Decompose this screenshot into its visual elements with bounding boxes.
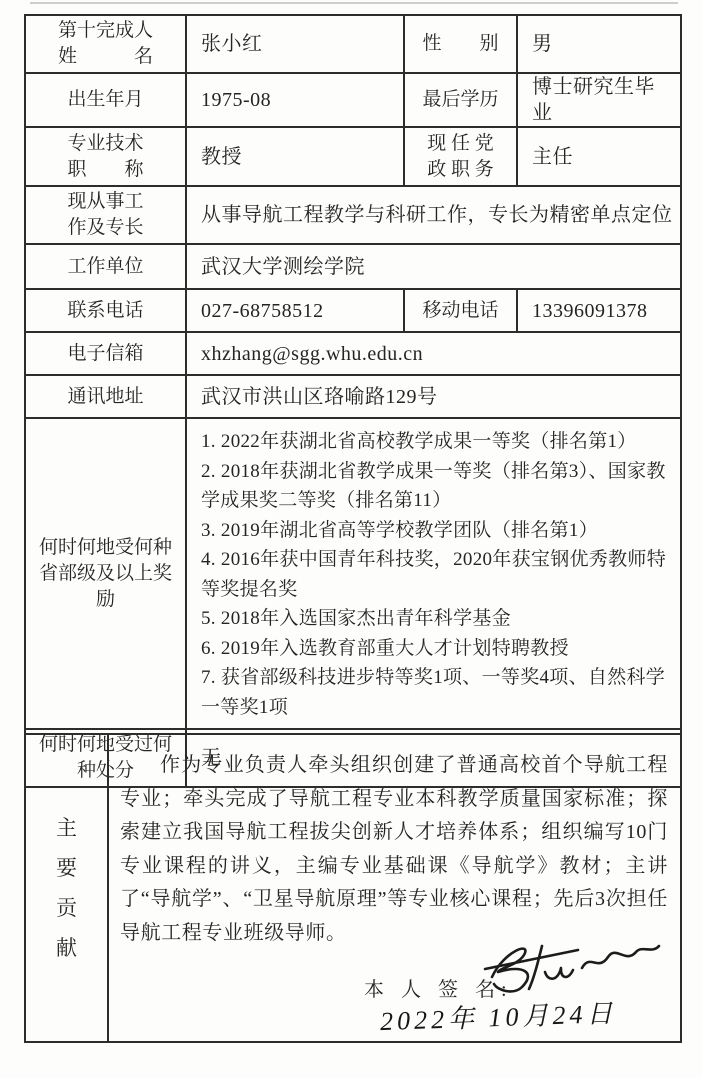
row-title-position: 专业技术 职 称 教授 现 任 党 政 职 务 主任 — [25, 127, 681, 186]
mobile-value: 13396091378 — [517, 289, 681, 332]
row-employer: 工作单位 武汉大学测绘学院 — [25, 244, 681, 289]
degree-value: 博士研究生毕业 — [517, 73, 681, 127]
contribution-label: 主 要 贡 献 — [25, 734, 108, 1042]
employer-value: 武汉大学测绘学院 — [186, 244, 681, 289]
awards-label: 何时何地受何种 省部级及以上奖 励 — [25, 418, 186, 729]
row-name-gender: 第十完成人 姓 名 张小红 性 别 男 — [25, 15, 681, 73]
row-current-work: 现从事工 作及专长 从事导航工程教学与科研工作，专长为精密单点定位 — [25, 186, 681, 244]
employer-label: 工作单位 — [25, 244, 186, 289]
awards-list: 1. 2022年获湖北省高校教学成果一等奖（排名第1） 2. 2018年获湖北省… — [186, 418, 681, 729]
signature-area: 本 人 签 名: 2022年 10月24日 — [364, 941, 664, 1031]
award-item-4: 4. 2016年获中国青年科技奖，2020年获宝钢优秀教师特等奖提名奖 — [201, 545, 670, 604]
mobile-label: 移动电话 — [404, 289, 517, 332]
name-value: 张小红 — [186, 15, 404, 73]
scan-artifact-line — [30, 2, 678, 4]
work-label: 现从事工 作及专长 — [25, 186, 186, 244]
award-item-7: 7. 获省部级科技进步特等奖1项、一等奖4项、自然科学一等奖1项 — [201, 663, 670, 722]
row-awards: 何时何地受何种 省部级及以上奖 励 1. 2022年获湖北省高校教学成果一等奖（… — [25, 418, 681, 729]
contribution-content-cell: 作为专业负责人牵头组织创建了普通高校首个导航工程专业；牵头完成了导航工程专业本科… — [108, 734, 681, 1042]
personal-info-table: 第十完成人 姓 名 张小红 性 别 男 出生年月 1975-08 最后学历 博士… — [24, 14, 682, 788]
award-item-6: 6. 2019年入选教育部重大人才计划特聘教授 — [201, 634, 670, 664]
contribution-text: 作为专业负责人牵头组织创建了普通高校首个导航工程专业；牵头完成了导航工程专业本科… — [120, 749, 668, 950]
address-label: 通讯地址 — [25, 375, 186, 418]
title-label: 专业技术 职 称 — [25, 127, 186, 186]
title-value: 教授 — [186, 127, 404, 186]
email-value: xhzhang@sgg.whu.edu.cn — [186, 332, 681, 375]
work-value: 从事导航工程教学与科研工作，专长为精密单点定位 — [186, 186, 681, 244]
award-item-1: 1. 2022年获湖北省高校教学成果一等奖（排名第1） — [201, 427, 670, 457]
phone-label: 联系电话 — [25, 289, 186, 332]
award-item-2: 2. 2018年获湖北省教学成果一等奖（排名第3）、国家教学成果奖二等奖（排名第… — [201, 457, 670, 516]
degree-label: 最后学历 — [404, 73, 517, 127]
position-label: 现 任 党 政 职 务 — [404, 127, 517, 186]
address-value: 武汉市洪山区珞喻路129号 — [186, 375, 681, 418]
award-item-5: 5. 2018年入选国家杰出青年科学基金 — [201, 604, 670, 634]
phone-value: 027-68758512 — [186, 289, 404, 332]
handwritten-signature-icon — [482, 937, 667, 999]
award-item-3: 3. 2019年湖北省高等学校教学团队（排名第1） — [201, 516, 670, 546]
position-value: 主任 — [517, 127, 681, 186]
gender-label: 性 别 — [404, 15, 517, 73]
main-contribution-table: 主 要 贡 献 作为专业负责人牵头组织创建了普通高校首个导航工程专业；牵头完成了… — [24, 733, 682, 1043]
signature-date: 2022年 10月24日 — [380, 1001, 617, 1035]
row-birth-degree: 出生年月 1975-08 最后学历 博士研究生毕业 — [25, 73, 681, 127]
birth-label: 出生年月 — [25, 73, 186, 127]
scanned-personnel-form: 第十完成人 姓 名 张小红 性 别 男 出生年月 1975-08 最后学历 博士… — [0, 0, 702, 1078]
email-label: 电子信箱 — [25, 332, 186, 375]
gender-value: 男 — [517, 15, 681, 73]
row-email: 电子信箱 xhzhang@sgg.whu.edu.cn — [25, 332, 681, 375]
row-phones: 联系电话 027-68758512 移动电话 13396091378 — [25, 289, 681, 332]
name-label: 第十完成人 姓 名 — [25, 15, 186, 73]
row-address: 通讯地址 武汉市洪山区珞喻路129号 — [25, 375, 681, 418]
row-contribution: 主 要 贡 献 作为专业负责人牵头组织创建了普通高校首个导航工程专业；牵头完成了… — [25, 734, 681, 1042]
birth-value: 1975-08 — [186, 73, 404, 127]
